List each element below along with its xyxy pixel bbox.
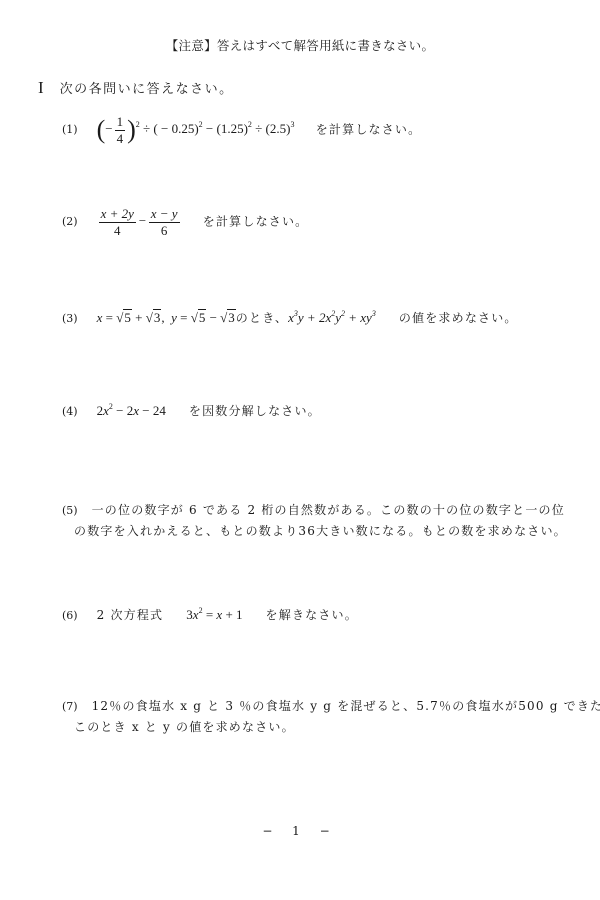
question-number: (7) xyxy=(62,700,78,713)
question-number: (6) xyxy=(62,609,78,622)
math-expression: 3x2 = x + 1 xyxy=(186,607,242,622)
notice-header: 【注意】答えはすべて解答用紙に書きなさい。 xyxy=(0,36,600,54)
page-number: − 1 − xyxy=(0,824,600,838)
question-2: (2) x + 2y4−x − y6 を計算しなさい。 xyxy=(62,206,308,239)
question-3: (3) x = √5 + √3, y = √5 − √3のとき、x3y + 2x… xyxy=(62,309,518,326)
section-heading: I次の各問いに答えなさい。 xyxy=(38,78,234,98)
math-expression: x + 2y4−x − y6 xyxy=(97,213,185,228)
question-instruction: の値を求めなさい。 xyxy=(399,311,518,325)
question-text-line2: の数字を入れかえると、もとの数より36大きい数になる。もとの数を求めなさい。 xyxy=(74,524,567,538)
question-instruction: を計算しなさい。 xyxy=(203,214,309,228)
question-text-line1: 12％の食塩水 x g と 3 ％の食塩水 y g を混ぜると、5.7％の食塩水… xyxy=(92,699,600,713)
math-expression: (−14)2 ÷ ( − 0.25)2 − (1.25)2 ÷ (2.5)3 xyxy=(97,121,298,136)
question-instruction: を解きなさい。 xyxy=(266,608,358,622)
question-6: (6) 2 次方程式 3x2 = x + 1 を解きなさい。 xyxy=(62,606,358,623)
question-5: (5)一の位の数字が 6 である 2 桁の自然数がある。この数の十の位の数字と一… xyxy=(62,500,567,541)
question-text-line2: このとき x と y の値を求めなさい。 xyxy=(74,720,295,734)
section-numeral: I xyxy=(38,78,44,97)
question-number: (2) xyxy=(62,215,78,228)
section-instruction: 次の各問いに答えなさい。 xyxy=(60,82,234,97)
math-expression: x = √5 + √3, y = √5 − √3 xyxy=(97,309,236,325)
question-instruction: を計算しなさい。 xyxy=(316,122,422,136)
question-4: (4) 2x2 − 2x − 24 を因数分解しなさい。 xyxy=(62,402,321,419)
math-expression: 2x2 − 2x − 24 xyxy=(97,403,166,418)
question-text-line1: 一の位の数字が 6 である 2 桁の自然数がある。この数の十の位の数字と一の位 xyxy=(92,503,565,517)
question-number: (1) xyxy=(62,123,78,136)
question-prefix: 2 次方程式 xyxy=(97,608,164,622)
question-7: (7)12％の食塩水 x g と 3 ％の食塩水 y g を混ぜると、5.7％の… xyxy=(62,696,600,737)
question-number: (5) xyxy=(62,504,78,517)
question-instruction: を因数分解しなさい。 xyxy=(189,404,321,418)
question-1: (1) (−14)2 ÷ ( − 0.25)2 − (1.25)2 ÷ (2.5… xyxy=(62,114,421,147)
question-number: (3) xyxy=(62,312,78,325)
question-number: (4) xyxy=(62,405,78,418)
